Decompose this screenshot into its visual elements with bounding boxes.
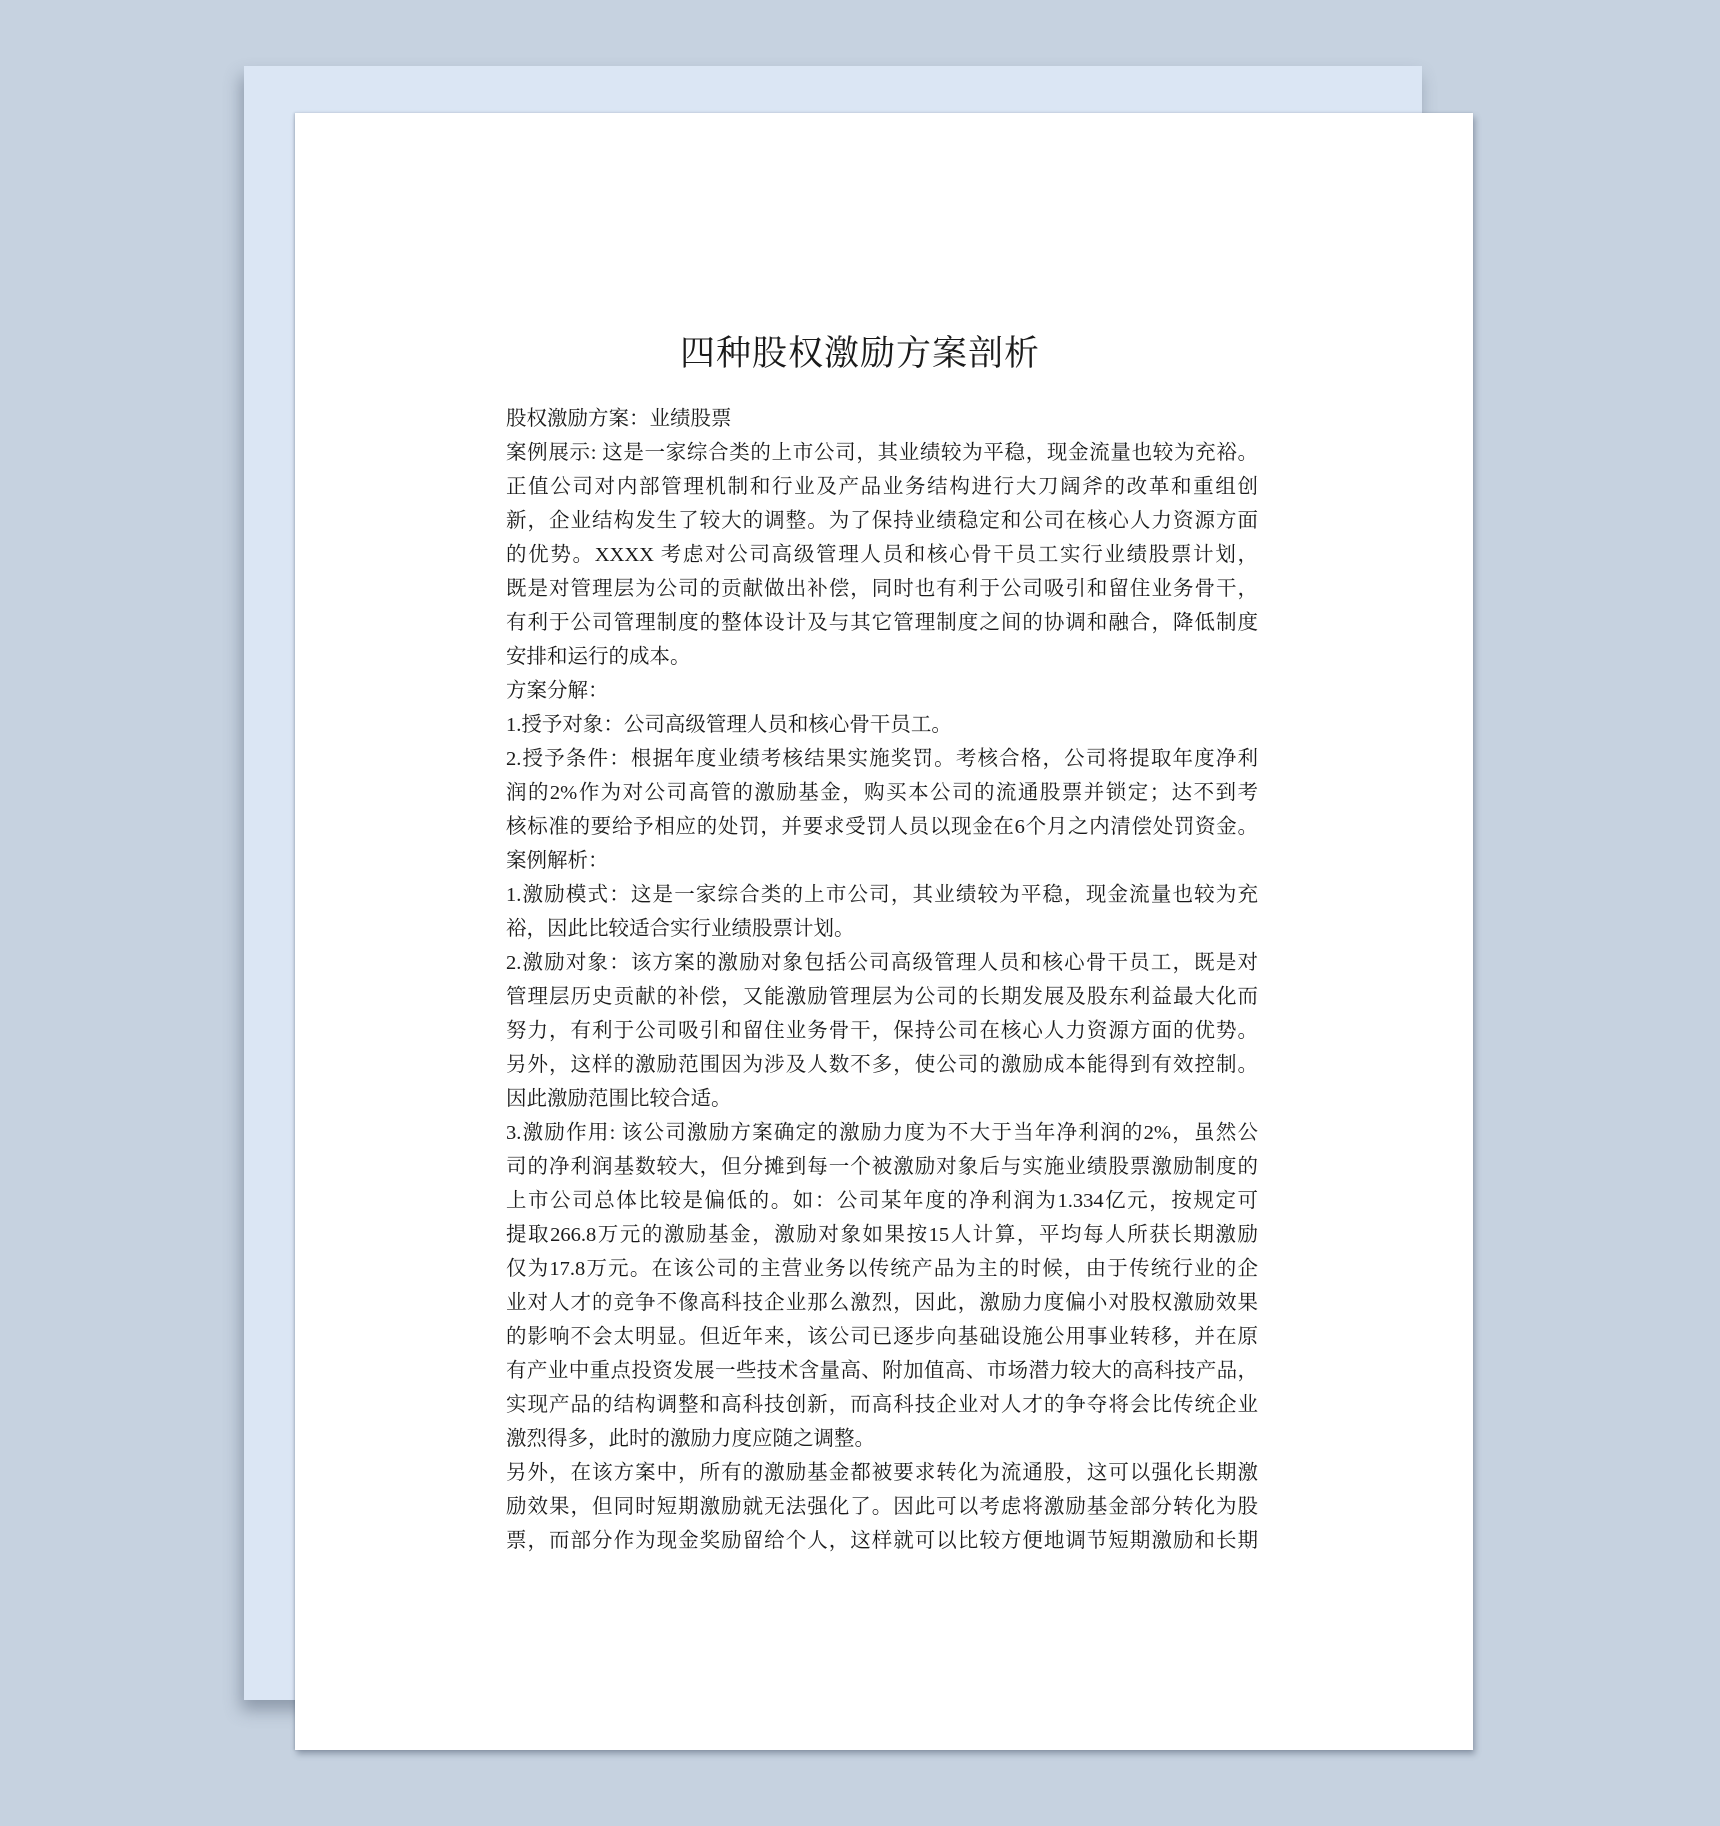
text-line: 安排和运行的成本。 [506, 640, 1258, 674]
text-line: 因此激励范围比较合适。 [506, 1082, 1258, 1116]
text-line: 润的2%作为对公司高管的激励基金，购买本公司的流通股票并锁定；达不到考 [506, 776, 1258, 810]
text-line: 努力，有利于公司吸引和留住业务骨干，保持公司在核心人力资源方面的优势。 [506, 1014, 1258, 1048]
text-line: 票，而部分作为现金奖励留给个人，这样就可以比较方便地调节短期激励和长期 [506, 1524, 1258, 1558]
text-line: 新，企业结构发生了较大的调整。为了保持业绩稳定和公司在核心人力资源方面 [506, 504, 1258, 538]
text-line: 既是对管理层为公司的贡献做出补偿，同时也有利于公司吸引和留住业务骨干， [506, 572, 1258, 606]
text-line: 2.激励对象：该方案的激励对象包括公司高级管理人员和核心骨干员工，既是对 [506, 946, 1258, 980]
text-line: 案例展示: 这是一家综合类的上市公司，其业绩较为平稳，现金流量也较为充裕。 [506, 436, 1258, 470]
text-line: 实现产品的结构调整和高科技创新，而高科技企业对人才的争夺将会比传统企业 [506, 1388, 1258, 1422]
text-line: 另外，这样的激励范围因为涉及人数不多，使公司的激励成本能得到有效控制。 [506, 1048, 1258, 1082]
text-line: 1.授予对象：公司高级管理人员和核心骨干员工。 [506, 708, 1258, 742]
text-line: 的优势。XXXX 考虑对公司高级管理人员和核心骨干员工实行业绩股票计划， [506, 538, 1258, 572]
text-line: 的影响不会太明显。但近年来，该公司已逐步向基础设施公用事业转移，并在原 [506, 1320, 1258, 1354]
text-line: 有产业中重点投资发展一些技术含量高、附加值高、市场潜力较大的高科技产品， [506, 1354, 1258, 1388]
text-line: 司的净利润基数较大，但分摊到每一个被激励对象后与实施业绩股票激励制度的 [506, 1150, 1258, 1184]
text-line: 裕，因此比较适合实行业绩股票计划。 [506, 912, 1258, 946]
text-line: 管理层历史贡献的补偿，又能激励管理层为公司的长期发展及股东利益最大化而 [506, 980, 1258, 1014]
text-line: 另外，在该方案中，所有的激励基金都被要求转化为流通股，这可以强化长期激 [506, 1456, 1258, 1490]
text-line: 方案分解： [506, 674, 1258, 708]
text-line: 2.授予条件：根据年度业绩考核结果实施奖罚。考核合格，公司将提取年度净利 [506, 742, 1258, 776]
text-line: 励效果，但同时短期激励就无法强化了。因此可以考虑将激励基金部分转化为股 [506, 1490, 1258, 1524]
text-line: 业对人才的竞争不像高科技企业那么激烈，因此，激励力度偏小对股权激励效果 [506, 1286, 1258, 1320]
document-body: 股权激励方案：业绩股票案例展示: 这是一家综合类的上市公司，其业绩较为平稳，现金… [506, 402, 1258, 1558]
text-line: 案例解析： [506, 844, 1258, 878]
text-line: 3.激励作用: 该公司激励方案确定的激励力度为不大于当年净利润的2%，虽然公 [506, 1116, 1258, 1150]
text-line: 有利于公司管理制度的整体设计及与其它管理制度之间的协调和融合，降低制度 [506, 606, 1258, 640]
text-line: 提取266.8万元的激励基金，激励对象如果按15人计算，平均每人所获长期激励 [506, 1218, 1258, 1252]
text-line: 1.激励模式：这是一家综合类的上市公司，其业绩较为平稳，现金流量也较为充 [506, 878, 1258, 912]
text-line: 股权激励方案：业绩股票 [506, 402, 1258, 436]
text-line: 上市公司总体比较是偏低的。如：公司某年度的净利润为1.334亿元，按规定可 [506, 1184, 1258, 1218]
text-line: 仅为17.8万元。在该公司的主营业务以传统产品为主的时候，由于传统行业的企 [506, 1252, 1258, 1286]
text-line: 激烈得多，此时的激励力度应随之调整。 [506, 1422, 1258, 1456]
text-line: 核标准的要给予相应的处罚，并要求受罚人员以现金在6个月之内清偿处罚资金。 [506, 810, 1258, 844]
text-line: 正值公司对内部管理机制和行业及产品业务结构进行大刀阔斧的改革和重组创 [506, 470, 1258, 504]
document-title: 四种股权激励方案剖析 [0, 330, 1720, 378]
